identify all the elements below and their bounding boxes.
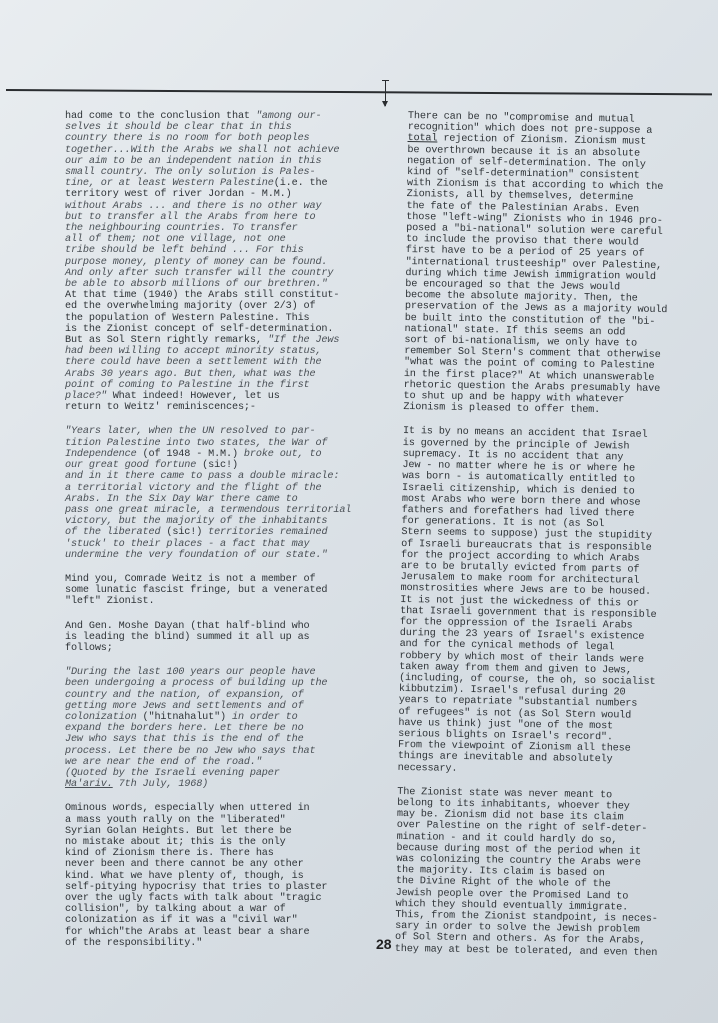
emphasis: total <box>407 133 437 144</box>
paragraph-text: rejection of Zionism. Zionism must be ov… <box>403 134 667 416</box>
editor-note: (of 1948 - M.M.) <box>143 449 238 460</box>
source-citation: Ma'ariv. <box>65 779 113 790</box>
paragraph-text: had come to the conclusion that <box>65 111 256 122</box>
paragraph: Mind you, Comrade Weitz is not a member … <box>65 574 385 608</box>
sic-note: (sic!) <box>166 527 202 538</box>
header-rule <box>6 89 712 95</box>
quotation-block: "During the last 100 years our people ha… <box>65 667 385 790</box>
quotation-block: "Years later, when the UN resolved to pa… <box>65 426 385 560</box>
right-column: There can be no "compromise and mutual r… <box>395 111 713 973</box>
sic-note: (sic!) <box>202 460 238 471</box>
quotation: without Arabs ... and there is no other … <box>65 201 333 290</box>
citation-date: 7th July, 1968) <box>113 779 208 790</box>
hebrew-term: ("hitnahalut") <box>143 712 227 723</box>
arrow-down-icon <box>382 101 388 107</box>
paragraph: had come to the conclusion that "among o… <box>65 111 385 413</box>
paragraph: The Zionist state was never meant to bel… <box>395 787 703 960</box>
paragraph: And Gen. Moshe Dayan (that half-blind wh… <box>65 621 385 655</box>
left-column: had come to the conclusion that "among o… <box>65 111 385 962</box>
paragraph: Ominous words, especially when uttered i… <box>65 803 385 949</box>
paragraph: It is by no means an accident that Israe… <box>398 426 708 778</box>
paragraph: There can be no "compromise and mutual r… <box>403 111 713 418</box>
page-number: 28 <box>376 936 392 952</box>
